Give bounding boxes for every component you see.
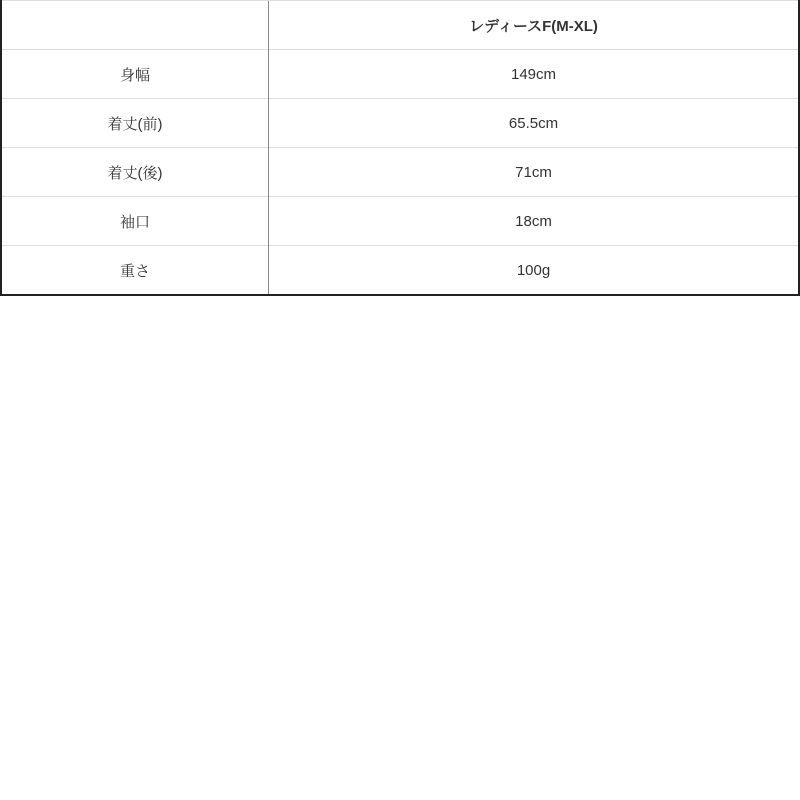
row-value: 149cm bbox=[269, 50, 800, 99]
table-header-row: レディースF(M-XL) bbox=[1, 1, 799, 50]
row-label: 身幅 bbox=[1, 50, 269, 99]
row-label: 着丈(後) bbox=[1, 148, 269, 197]
table-row-weight: 重さ 100g bbox=[1, 246, 799, 296]
table-body: 身幅 149cm 着丈(前) 65.5cm 着丈(後) 71cm 袖口 18cm… bbox=[1, 50, 799, 296]
table-head: レディースF(M-XL) bbox=[1, 1, 799, 50]
header-size-label: レディースF(M-XL) bbox=[269, 1, 800, 50]
row-label: 着丈(前) bbox=[1, 99, 269, 148]
header-empty-cell bbox=[1, 1, 269, 50]
row-value: 65.5cm bbox=[269, 99, 800, 148]
table-row-cuff: 袖口 18cm bbox=[1, 197, 799, 246]
row-value: 18cm bbox=[269, 197, 800, 246]
size-chart-page: レディースF(M-XL) 身幅 149cm 着丈(前) 65.5cm 着丈(後)… bbox=[0, 0, 800, 296]
size-chart-table: レディースF(M-XL) 身幅 149cm 着丈(前) 65.5cm 着丈(後)… bbox=[0, 0, 800, 296]
table-row-length-back: 着丈(後) 71cm bbox=[1, 148, 799, 197]
row-value: 71cm bbox=[269, 148, 800, 197]
row-label: 重さ bbox=[1, 246, 269, 296]
row-value: 100g bbox=[269, 246, 800, 296]
row-label: 袖口 bbox=[1, 197, 269, 246]
table-row-length-front: 着丈(前) 65.5cm bbox=[1, 99, 799, 148]
table-row-body-width: 身幅 149cm bbox=[1, 50, 799, 99]
